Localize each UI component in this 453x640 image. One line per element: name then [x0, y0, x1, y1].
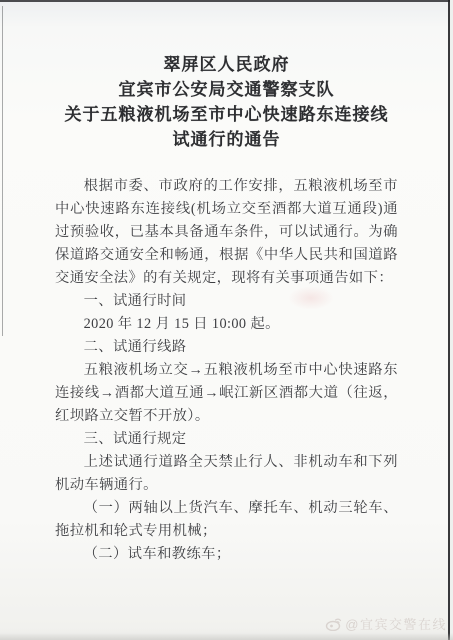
section-heading-2: 二、试通行线路	[55, 336, 398, 359]
paragraph-trial-rules: 上述试通行道路全天禁止行人、非机动车和下列机动车辆通行。	[55, 451, 398, 497]
weibo-icon	[325, 617, 342, 631]
notice-document: 翠屏区人民政府 宜宾市公安局交通警察支队 关于五粮液机场至市中心快速路东连接线 …	[0, 0, 453, 640]
watermark: @宜宾交警在线	[325, 614, 447, 633]
paragraph-rule-item-1: （一）两轴以上货汽车、摩托车、机动三轮车、拖拉机和轮式专用机械；	[55, 497, 398, 543]
notice-title-line-2: 试通行的通告	[55, 127, 398, 152]
document-body: 根据市委、市政府的工作安排，五粮液机场至市中心快速路东连接线(机场立交至酒都大道…	[55, 175, 398, 566]
paragraph-trial-route: 五粮液机场立交→五粮液机场至市中心快速路东连接线→酒都大道互通→岷江新区酒都大道…	[55, 359, 398, 428]
section-heading-3: 三、试通行规定	[55, 428, 398, 451]
issuing-authority-line-1: 翠屏区人民政府	[55, 52, 398, 77]
paragraph-trial-time: 2020 年 12 月 15 日 10:00 起。	[55, 313, 398, 336]
document-title: 翠屏区人民政府 宜宾市公安局交通警察支队 关于五粮液机场至市中心快速路东连接线 …	[55, 52, 398, 152]
document-photo: 翠屏区人民政府 宜宾市公安局交通警察支队 关于五粮液机场至市中心快速路东连接线 …	[0, 0, 453, 640]
watermark-text: @宜宾交警在线	[345, 614, 447, 633]
issuing-authority-line-2: 宜宾市公安局交通警察支队	[55, 77, 398, 102]
paragraph-rule-item-2: （二）试车和教练车；	[55, 543, 398, 566]
paragraph-intro: 根据市委、市政府的工作安排，五粮液机场至市中心快速路东连接线(机场立交至酒都大道…	[55, 175, 398, 290]
section-heading-1: 一、试通行时间	[55, 290, 398, 313]
notice-title-line-1: 关于五粮液机场至市中心快速路东连接线	[55, 102, 398, 127]
